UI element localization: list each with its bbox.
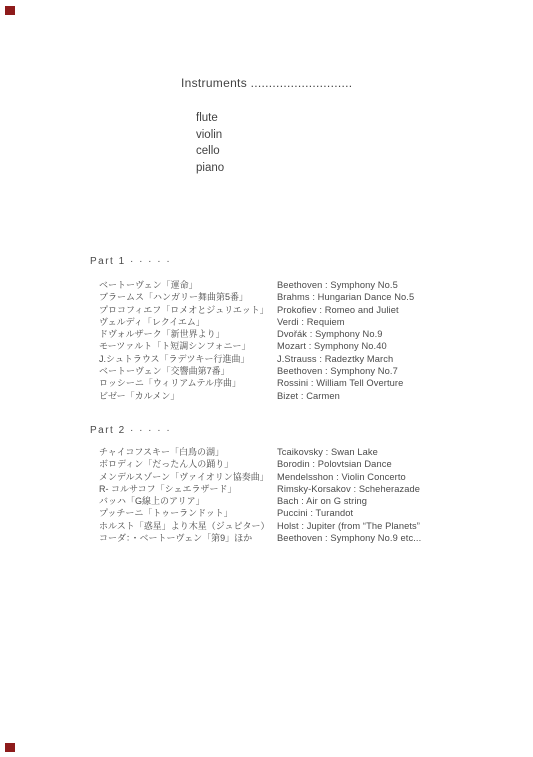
piece-title-en: Rimsky-Korsakov : Scheherazade (277, 483, 420, 495)
program-row: ベートーヴェン「運命」Beethoven : Symphony No.5 (99, 279, 414, 291)
piece-title-jp: モーツァルト「ト短調シンフォニー」 (99, 340, 277, 352)
program-row: モーツァルト「ト短調シンフォニー」Mozart : Symphony No.40 (99, 340, 414, 352)
program-row: プッチーニ「トゥーランドット」Puccini : Turandot (99, 507, 421, 519)
piece-title-jp: R- コルサコフ「シェエラザード」 (99, 483, 277, 495)
program-row: ドヴォルザーク「新世界より」Dvořák : Symphony No.9 (99, 328, 414, 340)
piece-title-jp: コーダ：・ベートーヴェン「第9」ほか (99, 532, 277, 544)
piece-title-jp: ボロディン「だったん人の踊り」 (99, 458, 277, 470)
piece-title-en: Puccini : Turandot (277, 507, 353, 519)
corner-mark-bottom-left (5, 743, 15, 752)
part2-list: チャイコフスキー「白鳥の湖」Tcaikovsky : Swan Lakeボロディ… (99, 446, 421, 544)
instrument-item: piano (196, 160, 224, 177)
instrument-item: flute (196, 110, 224, 127)
corner-mark-top-left (5, 6, 15, 15)
piece-title-en: Mozart : Symphony No.40 (277, 340, 387, 352)
part1-heading: Part 1 · · · · · (90, 256, 171, 267)
program-page: Instruments ............................… (0, 0, 533, 757)
piece-title-jp: ベートーヴェン「運命」 (99, 279, 277, 291)
instruments-list: fluteviolincellopiano (196, 110, 224, 176)
piece-title-jp: プロコフィエフ「ロメオとジュリエット」 (99, 304, 277, 316)
program-row: ブラームス「ハンガリー舞曲第5番」Brahms : Hungarian Danc… (99, 291, 414, 303)
piece-title-en: Brahms : Hungarian Dance No.5 (277, 291, 414, 303)
program-row: バッハ「G線上のアリア」Bach : Air on G string (99, 495, 421, 507)
piece-title-en: Prokofiev : Romeo and Juliet (277, 304, 399, 316)
piece-title-jp: バッハ「G線上のアリア」 (99, 495, 277, 507)
piece-title-jp: ベートーヴェン「交響曲第7番」 (99, 365, 277, 377)
piece-title-jp: ロッシーニ「ウィリアムテル序曲」 (99, 377, 277, 389)
piece-title-jp: ドヴォルザーク「新世界より」 (99, 328, 277, 340)
program-row: ビゼー「カルメン」Bizet : Carmen (99, 390, 414, 402)
program-row: R- コルサコフ「シェエラザード」Rimsky-Korsakov : Scheh… (99, 483, 421, 495)
program-row: チャイコフスキー「白鳥の湖」Tcaikovsky : Swan Lake (99, 446, 421, 458)
part2-heading: Part 2 · · · · · (90, 425, 171, 436)
piece-title-en: Rossini : William Tell Overture (277, 377, 403, 389)
program-row: メンデルスゾーン「ヴァイオリン協奏曲」Mendelsshon : Violin … (99, 471, 421, 483)
piece-title-jp: メンデルスゾーン「ヴァイオリン協奏曲」 (99, 471, 277, 483)
piece-title-en: Tcaikovsky : Swan Lake (277, 446, 378, 458)
program-row: ロッシーニ「ウィリアムテル序曲」Rossini : William Tell O… (99, 377, 414, 389)
piece-title-jp: ヴェルディ「レクイエム」 (99, 316, 277, 328)
program-row: ベートーヴェン「交響曲第7番」Beethoven : Symphony No.7 (99, 365, 414, 377)
piece-title-en: Mendelsshon : Violin Concerto (277, 471, 406, 483)
piece-title-en: Borodin : Polovtsian Dance (277, 458, 392, 470)
piece-title-en: Verdi : Requiem (277, 316, 345, 328)
piece-title-en: J.Strauss : Radeztky March (277, 353, 393, 365)
part1-list: ベートーヴェン「運命」Beethoven : Symphony No.5ブラーム… (99, 279, 414, 402)
piece-title-jp: ホルスト「惑星」より木星（ジュピター） (99, 520, 277, 532)
program-row: ホルスト「惑星」より木星（ジュピター）Holst : Jupiter (from… (99, 520, 421, 532)
piece-title-en: Dvořák : Symphony No.9 (277, 328, 383, 340)
piece-title-jp: ブラームス「ハンガリー舞曲第5番」 (99, 291, 277, 303)
page-title: Instruments ............................ (181, 76, 352, 90)
program-row: ヴェルディ「レクイエム」Verdi : Requiem (99, 316, 414, 328)
program-row: ボロディン「だったん人の踊り」Borodin : Polovtsian Danc… (99, 458, 421, 470)
piece-title-jp: チャイコフスキー「白鳥の湖」 (99, 446, 277, 458)
piece-title-en: Beethoven : Symphony No.7 (277, 365, 398, 377)
program-row: プロコフィエフ「ロメオとジュリエット」Prokofiev : Romeo and… (99, 304, 414, 316)
piece-title-jp: プッチーニ「トゥーランドット」 (99, 507, 277, 519)
piece-title-jp: ビゼー「カルメン」 (99, 390, 277, 402)
piece-title-en: Holst : Jupiter (from “The Planets” (277, 520, 420, 532)
instrument-item: cello (196, 143, 224, 160)
piece-title-en: Beethoven : Symphony No.5 (277, 279, 398, 291)
program-row: J.シュトラウス「ラデツキー行進曲」J.Strauss : Radeztky M… (99, 353, 414, 365)
instrument-item: violin (196, 127, 224, 144)
program-row: コーダ：・ベートーヴェン「第9」ほかBeethoven : Symphony N… (99, 532, 421, 544)
piece-title-jp: J.シュトラウス「ラデツキー行進曲」 (99, 353, 277, 365)
piece-title-en: Beethoven : Symphony No.9 etc... (277, 532, 421, 544)
piece-title-en: Bizet : Carmen (277, 390, 340, 402)
piece-title-en: Bach : Air on G string (277, 495, 367, 507)
